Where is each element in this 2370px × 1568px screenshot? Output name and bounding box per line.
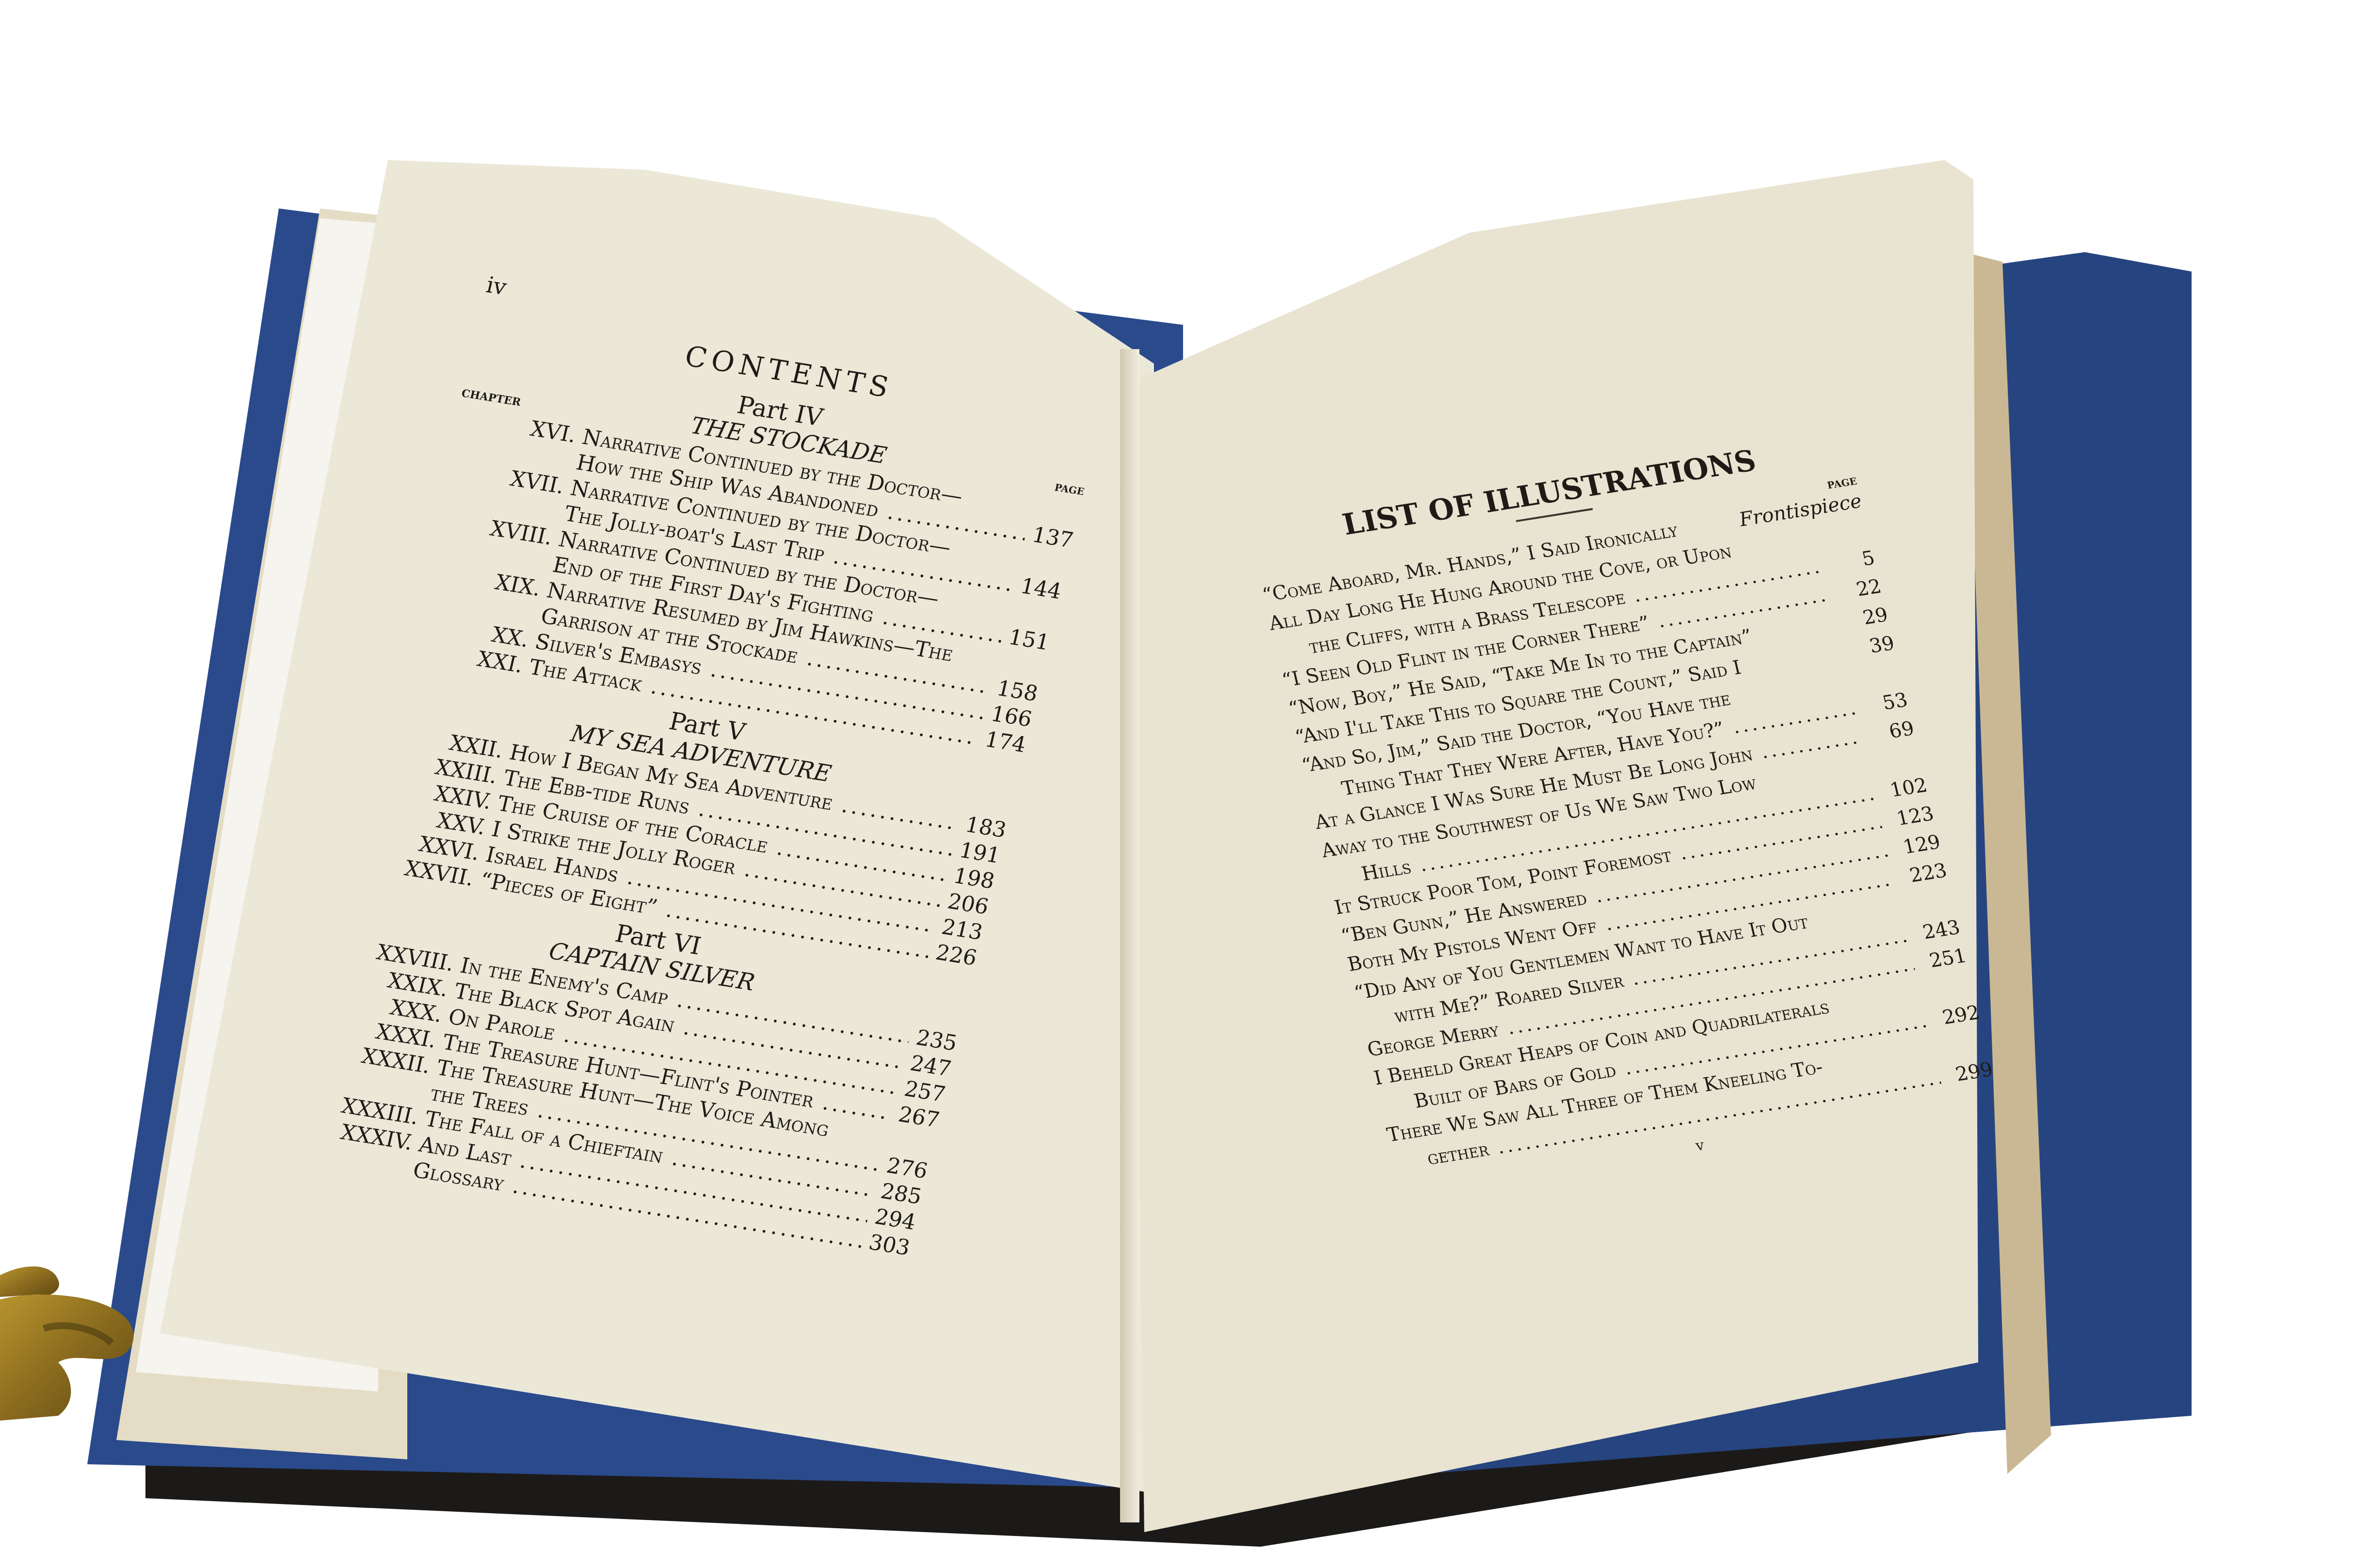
- page-column-label: PAGE: [1054, 481, 1086, 497]
- gold-hand-bookend-icon: [0, 1261, 242, 1435]
- book-gutter: [1120, 349, 1139, 1522]
